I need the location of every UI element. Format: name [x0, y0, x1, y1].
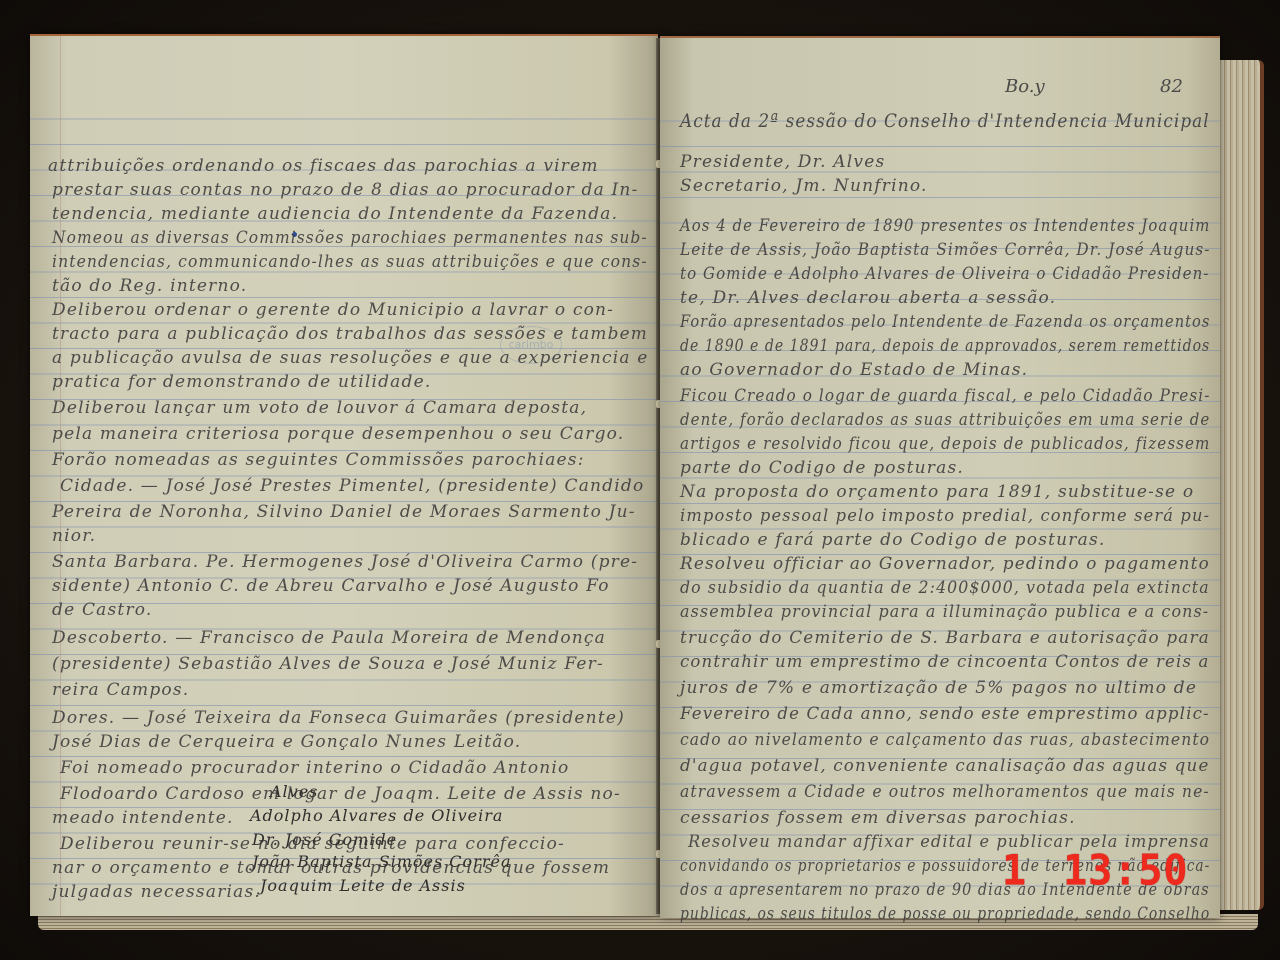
handwritten-line: tendencia, mediante audiencia do Intende… — [52, 204, 618, 224]
handwritten-line: publicas, os seus titulos de posse ou pr… — [680, 904, 1210, 924]
handwritten-line: ao Governador do Estado de Minas. — [680, 360, 1028, 380]
handwritten-line: Dores. — José Teixeira da Fonseca Guimar… — [52, 708, 625, 728]
handwritten-line: José Dias de Cerqueira e Gonçalo Nunes L… — [52, 732, 521, 752]
page-number: 82 — [1160, 76, 1183, 97]
handwritten-line: tracto para a publicação dos trabalhos d… — [52, 324, 648, 344]
handwritten-line: de Castro. — [52, 600, 153, 620]
handwritten-line: intendencias, communicando-lhes as suas … — [52, 252, 648, 272]
handwritten-line: atravessem a Cidade e outros melhorament… — [680, 782, 1210, 802]
handwritten-line: trucção do Cemiterio de S. Barbara e aut… — [680, 628, 1210, 648]
handwritten-line: te, Dr. Alves declarou aberta a sessão. — [680, 288, 1056, 308]
handwritten-line: tão do Reg. interno. — [52, 276, 247, 296]
handwritten-line: dente, forão declarados as suas attribui… — [680, 410, 1210, 430]
handwritten-line: Fevereiro de Cada anno, sendo este empre… — [680, 704, 1210, 724]
handwritten-line: cado ao nivelamento e calçamento das rua… — [680, 730, 1210, 750]
secretario-line: Secretario, Jm. Nunfrino. — [680, 176, 928, 196]
handwritten-line: pratica for demonstrando de utilidade. — [52, 372, 431, 392]
signature: Dr. José Gomide — [252, 830, 397, 849]
handwritten-line: a publicação avulsa de suas resoluções e… — [52, 348, 648, 368]
handwritten-line: do subsidio da quantia de 2:400$000, vot… — [680, 578, 1210, 598]
handwritten-line: Na proposta do orçamento para 1891, subs… — [680, 482, 1194, 502]
handwritten-line: Nomeou as diversas Commissões parochiaes… — [52, 228, 648, 248]
handwritten-line: Foi nomeado procurador interino o Cidadã… — [60, 758, 569, 778]
timestamp-day: 1 — [1002, 847, 1027, 895]
minutes-title: Acta da 2ª sessão do Conselho d'Intenden… — [680, 110, 1210, 132]
handwritten-line: contrahir um emprestimo de cincoenta Con… — [680, 652, 1210, 672]
handwritten-line: juros de 7% e amortização de 5% pagos no… — [680, 678, 1197, 698]
signature: Joaquim Leite de Assis — [260, 876, 466, 895]
presidente-line: Presidente, Dr. Alves — [680, 152, 885, 172]
handwritten-line: attribuições ordenando os fiscaes das pa… — [48, 156, 599, 176]
handwritten-line: artigos e resolvido ficou que, depois de… — [680, 434, 1210, 454]
handwritten-line: reira Campos. — [52, 680, 189, 700]
handwritten-line: Descoberto. — Francisco de Paula Moreira… — [52, 628, 606, 648]
signature: Adolpho Alvares de Oliveira — [250, 806, 503, 825]
handwritten-line: Santa Barbara. Pe. Hermogenes José d'Oli… — [52, 552, 638, 572]
handwritten-line: imposto pessoal pelo imposto predial, co… — [680, 506, 1210, 526]
right-page: Bo.y 82 Acta da 2ª sessão do Conselho d'… — [660, 36, 1220, 918]
handwritten-line: to Gomide e Adolpho Alvares de Oliveira … — [680, 264, 1209, 284]
handwritten-line: meado intendente. — [52, 808, 234, 828]
ledger-book: carimbo attribuições ordenando os fiscae… — [20, 30, 1260, 935]
handwritten-line: Resolveu officiar ao Governador, pedindo… — [680, 554, 1210, 574]
handwritten-line: pela maneira criteriosa porque desempenh… — [52, 424, 624, 444]
handwritten-line: sidente) Antonio C. de Abreu Carvalho e … — [52, 576, 610, 596]
handwritten-line: (presidente) Sebastião Alves de Souza e … — [52, 654, 604, 674]
handwritten-line: Forão nomeadas as seguintes Commissões p… — [52, 450, 585, 470]
handwritten-line: d'agua potavel, conveniente canalisação … — [680, 756, 1209, 776]
handwritten-line: de 1890 e de 1891 para, depois de approv… — [680, 336, 1210, 356]
handwritten-line: cessarios fossem em diversas parochias. — [680, 808, 1076, 828]
handwritten-line: Deliberou lançar um voto de louvor á Cam… — [52, 398, 587, 418]
handwritten-line: Cidade. — José José Prestes Pimentel, (p… — [60, 476, 644, 496]
handwritten-line: Forão apresentados pelo Intendente de Fa… — [680, 312, 1210, 332]
handwritten-line: prestar suas contas no prazo de 8 dias a… — [52, 180, 639, 200]
signature: Alves — [270, 782, 318, 801]
handwritten-line: blicado e fará parte do Codigo de postur… — [680, 530, 1106, 550]
timestamp-time: 13:50 — [1063, 847, 1188, 895]
handwritten-line: Ficou Creado o logar de guarda fiscal, e… — [680, 386, 1210, 406]
handwritten-line: assemblea provincial para a illuminação … — [680, 602, 1209, 622]
handwritten-line: Deliberou ordenar o gerente do Municipio… — [52, 300, 614, 320]
page-header-mark: Bo.y — [1005, 76, 1045, 97]
handwritten-line: nior. — [52, 526, 96, 546]
handwritten-line: Pereira de Noronha, Silvino Daniel de Mo… — [52, 502, 636, 522]
camera-timestamp-overlay: 113:50 — [1002, 847, 1189, 895]
handwritten-line: Leite de Assis, João Baptista Simões Cor… — [680, 240, 1210, 260]
left-page: carimbo attribuições ordenando os fiscae… — [30, 34, 658, 916]
handwritten-line: Aos 4 de Fevereiro de 1890 presentes os … — [680, 216, 1210, 236]
handwritten-line: julgadas necessarias. — [52, 882, 261, 902]
page-edge-stack — [1215, 60, 1264, 910]
handwritten-line: parte do Codigo de posturas. — [680, 458, 964, 478]
signature: João Baptista Simões Corrêa — [252, 852, 511, 871]
handwritten-line: Flodoardo Cardoso em logar de Joaqm. Lei… — [60, 784, 621, 804]
